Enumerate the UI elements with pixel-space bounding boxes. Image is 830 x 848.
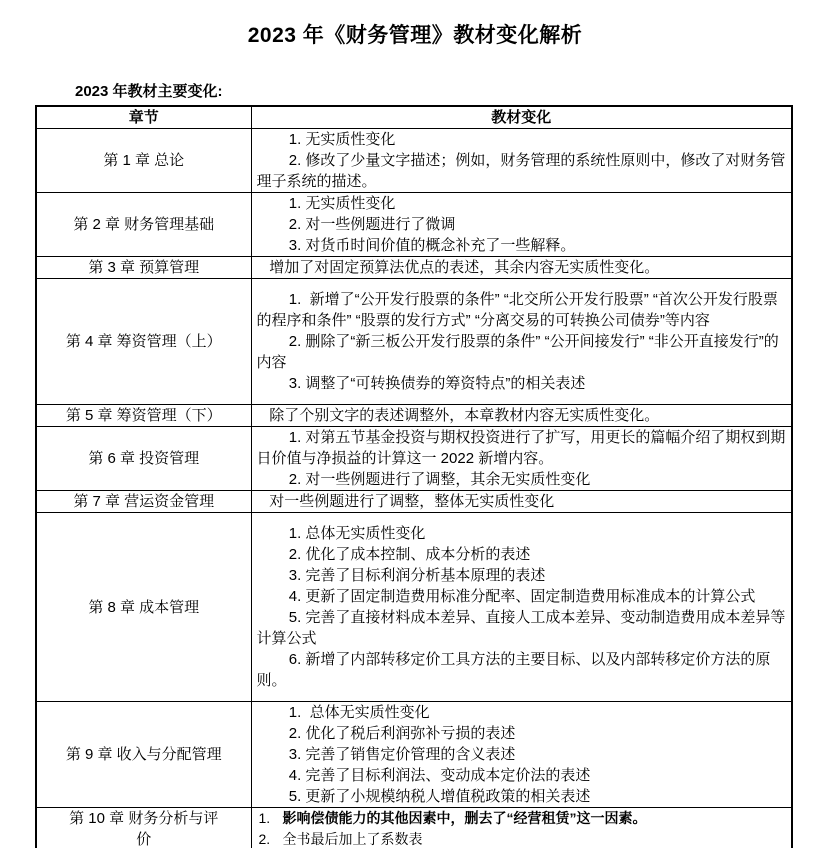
col-header-changes: 教材变化 [251, 106, 792, 129]
changes-cell: 对一些例题进行了调整，整体无实质性变化 [251, 491, 792, 513]
change-item: 4. 完善了目标利润法、变动成本定价法的表述 [257, 765, 787, 786]
table-row: 第 7 章 营运资金管理对一些例题进行了调整，整体无实质性变化 [36, 491, 792, 513]
table-body: 第 1 章 总论1. 无实质性变化2. 修改了少量文字描述；例如，财务管理的系统… [36, 129, 792, 848]
table-row: 第 10 章 财务分析与评 价1.影响偿债能力的其他因素中，删去了“经营租赁”这… [36, 808, 792, 848]
change-item: 1. 总体无实质性变化 [257, 702, 787, 723]
col-header-chapter: 章节 [36, 106, 251, 129]
table-row: 第 8 章 成本管理1. 总体无实质性变化2. 优化了成本控制、成本分析的表述3… [36, 513, 792, 702]
changes-cell: 1. 新增了“公开发行股票的条件” “北交所公开发行股票” “首次公开发行股票的… [251, 279, 792, 405]
change-item: 3. 完善了目标利润分析基本原理的表述 [257, 565, 787, 586]
table-row: 第 6 章 投资管理1. 对第五节基金投资与期权投资进行了扩写，用更长的篇幅介绍… [36, 427, 792, 491]
changes-cell: 1. 无实质性变化2. 修改了少量文字描述；例如，财务管理的系统性原则中，修改了… [251, 129, 792, 193]
change-item: 1.影响偿债能力的其他因素中，删去了“经营租赁”这一因素。 [257, 808, 787, 829]
change-item: 1. 新增了“公开发行股票的条件” “北交所公开发行股票” “首次公开发行股票的… [257, 289, 787, 331]
table-row: 第 9 章 收入与分配管理1. 总体无实质性变化2. 优化了税后利润弥补亏损的表… [36, 702, 792, 808]
subtitle: 2023 年教材主要变化: [75, 80, 830, 101]
changes-cell: 1. 无实质性变化2. 对一些例题进行了微调3. 对货币时间价值的概念补充了一些… [251, 193, 792, 257]
change-item: 6. 新增了内部转移定价工具方法的主要目标、以及内部转移定价方法的原则。 [257, 649, 787, 691]
table-row: 第 1 章 总论1. 无实质性变化2. 修改了少量文字描述；例如，财务管理的系统… [36, 129, 792, 193]
chapter-cell: 第 2 章 财务管理基础 [36, 193, 251, 257]
table-row: 第 4 章 筹资管理（上）1. 新增了“公开发行股票的条件” “北交所公开发行股… [36, 279, 792, 405]
header-row: 章节 教材变化 [36, 106, 792, 129]
change-item: 1. 总体无实质性变化 [257, 523, 787, 544]
chapter-cell: 第 3 章 预算管理 [36, 257, 251, 279]
change-item: 1. 无实质性变化 [257, 193, 787, 214]
change-item: 2. 对一些例题进行了微调 [257, 214, 787, 235]
change-item: 3. 调整了“可转换债券的筹资特点”的相关表述 [257, 373, 787, 394]
chapter-cell: 第 7 章 营运资金管理 [36, 491, 251, 513]
change-item: 2. 删除了“新三板公开发行股票的条件” “公开间接发行” “非公开直接发行”的… [257, 331, 787, 373]
page-title: 2023 年《财务管理》教材变化解析 [0, 19, 830, 49]
change-item: 4. 更新了固定制造费用标准分配率、固定制造费用标准成本的计算公式 [257, 586, 787, 607]
change-item: 对一些例题进行了调整，整体无实质性变化 [257, 491, 787, 512]
textbook-changes-table: 章节 教材变化 第 1 章 总论1. 无实质性变化2. 修改了少量文字描述；例如… [35, 105, 793, 848]
change-item: 5. 更新了小规模纳税人增值税政策的相关表述 [257, 786, 787, 807]
change-item: 2. 对一些例题进行了调整，其余无实质性变化 [257, 469, 787, 490]
item-number: 1. [257, 808, 283, 829]
item-text: 全书最后加上了系数表 [283, 829, 787, 848]
changes-cell: 1. 对第五节基金投资与期权投资进行了扩写，用更长的篇幅介绍了期权到期日价值与净… [251, 427, 792, 491]
change-item: 2. 优化了成本控制、成本分析的表述 [257, 544, 787, 565]
change-item: 3. 对货币时间价值的概念补充了一些解释。 [257, 235, 787, 256]
chapter-cell: 第 4 章 筹资管理（上） [36, 279, 251, 405]
change-item: 2.全书最后加上了系数表 [257, 829, 787, 848]
table-row: 第 3 章 预算管理增加了对固定预算法优点的表述，其余内容无实质性变化。 [36, 257, 792, 279]
changes-cell: 增加了对固定预算法优点的表述，其余内容无实质性变化。 [251, 257, 792, 279]
change-item: 除了个别文字的表述调整外，本章教材内容无实质性变化。 [257, 405, 787, 426]
change-item: 1. 对第五节基金投资与期权投资进行了扩写，用更长的篇幅介绍了期权到期日价值与净… [257, 427, 787, 469]
chapter-cell: 第 6 章 投资管理 [36, 427, 251, 491]
change-item: 2. 优化了税后利润弥补亏损的表述 [257, 723, 787, 744]
chapter-cell: 第 10 章 财务分析与评 价 [36, 808, 251, 848]
change-item: 2. 修改了少量文字描述；例如，财务管理的系统性原则中，修改了对财务管理子系统的… [257, 150, 787, 192]
changes-cell: 1. 总体无实质性变化2. 优化了税后利润弥补亏损的表述3. 完善了销售定价管理… [251, 702, 792, 808]
chapter-cell: 第 5 章 筹资管理（下） [36, 405, 251, 427]
changes-cell: 1. 总体无实质性变化2. 优化了成本控制、成本分析的表述3. 完善了目标利润分… [251, 513, 792, 702]
chapter-cell: 第 1 章 总论 [36, 129, 251, 193]
item-text: 影响偿债能力的其他因素中，删去了“经营租赁”这一因素。 [283, 808, 787, 829]
change-item: 3. 完善了销售定价管理的含义表述 [257, 744, 787, 765]
changes-cell: 除了个别文字的表述调整外，本章教材内容无实质性变化。 [251, 405, 792, 427]
item-number: 2. [257, 829, 283, 848]
change-item: 1. 无实质性变化 [257, 129, 787, 150]
change-item: 5. 完善了直接材料成本差异、直接人工成本差异、变动制造费用成本差异等计算公式 [257, 607, 787, 649]
chapter-cell: 第 8 章 成本管理 [36, 513, 251, 702]
table-row: 第 2 章 财务管理基础1. 无实质性变化2. 对一些例题进行了微调3. 对货币… [36, 193, 792, 257]
change-item: 增加了对固定预算法优点的表述，其余内容无实质性变化。 [257, 257, 787, 278]
chapter-cell: 第 9 章 收入与分配管理 [36, 702, 251, 808]
changes-cell: 1.影响偿债能力的其他因素中，删去了“经营租赁”这一因素。2.全书最后加上了系数… [251, 808, 792, 848]
table-row: 第 5 章 筹资管理（下）除了个别文字的表述调整外，本章教材内容无实质性变化。 [36, 405, 792, 427]
table-header: 章节 教材变化 [36, 106, 792, 129]
